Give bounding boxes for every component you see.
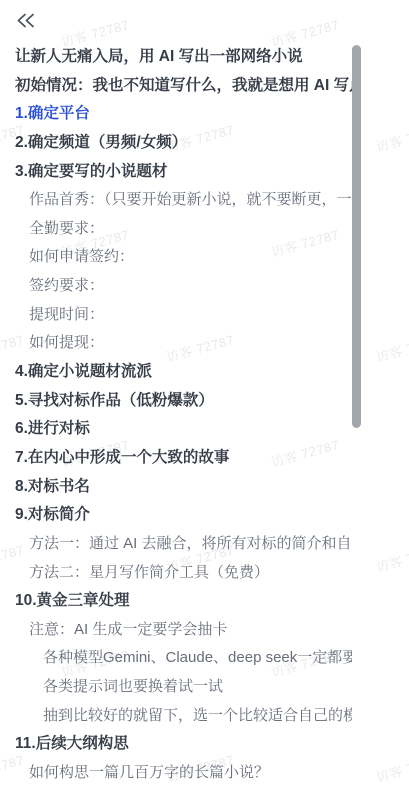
outline-item[interactable]: 8.对标书名	[0, 473, 352, 502]
outline-item[interactable]: 初始情况：我也不知道写什么，我就是想用 AI 写点小...	[0, 72, 352, 101]
outline-item-label: 作品首秀：（只要开始更新小说，就不要断更，一旦...	[29, 191, 352, 208]
outline-item[interactable]: 3.确定要写的小说题材	[0, 158, 352, 187]
outline-item[interactable]: 5.寻找对标作品（低粉爆款）	[0, 387, 352, 416]
outline-item[interactable]: 2.确定频道（男频/女频）	[0, 129, 352, 158]
outline-item[interactable]: 各类提示词也要换着试一试	[0, 673, 352, 702]
outline-item-label: 2.确定频道（男频/女频）	[15, 134, 187, 151]
outline-item[interactable]: 1.确定平台	[0, 100, 352, 129]
scrollbar-thumb[interactable]	[352, 45, 361, 428]
outline-item[interactable]: 10.黄金三章处理	[0, 587, 352, 616]
watermark-text: 访客 72787	[374, 749, 409, 785]
watermark-text: 访客 72787	[374, 539, 409, 575]
outline-item-label: 6.进行对标	[15, 420, 90, 437]
outline-item-label: 3.确定要写的小说题材	[15, 163, 167, 180]
watermark-text: 访客 72787	[374, 119, 409, 155]
outline-item-label: 5.寻找对标作品（低粉爆款）	[15, 392, 214, 409]
outline-item-label: 方法一：通过 AI 去融合，将所有对标的简介和自己...	[29, 535, 352, 552]
outline-item-label: 签约要求：	[29, 277, 104, 294]
collapse-panel-button[interactable]	[14, 8, 40, 32]
outline-item-label: 11.后续大纲构思	[15, 735, 129, 752]
outline-item-label: 9.对标简介	[15, 506, 90, 523]
outline-item-label: 方法二：星月写作简介工具（免费）	[29, 564, 269, 581]
outline-item-label: 4.确定小说题材流派	[15, 363, 152, 380]
outline-item-label: 全勤要求：	[29, 220, 104, 237]
double-chevron-left-icon	[16, 13, 36, 28]
outline-item[interactable]: 9.对标简介	[0, 501, 352, 530]
outline-item[interactable]: 方法一：通过 AI 去融合，将所有对标的简介和自己...	[0, 530, 352, 559]
outline-item[interactable]: 如何构思一篇几百万字的长篇小说？	[0, 759, 352, 788]
outline-item-label: 各种模型Gemini、Claude、deep seek一定都要换...	[43, 649, 352, 666]
outline-item[interactable]: 方法二：星月写作简介工具（免费）	[0, 559, 352, 588]
outline-item[interactable]: 如何申请签约：	[0, 243, 352, 272]
outline-item-label: 1.确定平台	[15, 105, 90, 122]
outline-item[interactable]: 注意：AI 生成一定要学会抽卡	[0, 616, 352, 645]
outline-item[interactable]: 让新人无痛入局，用 AI 写出一部网络小说	[0, 43, 352, 72]
outline-item-label: 各类提示词也要换着试一试	[43, 678, 223, 695]
outline-item[interactable]: 作品首秀：（只要开始更新小说，就不要断更，一旦...	[0, 186, 352, 215]
outline-item[interactable]: 各种模型Gemini、Claude、deep seek一定都要换...	[0, 644, 352, 673]
outline-list: 让新人无痛入局，用 AI 写出一部网络小说初始情况：我也不知道写什么，我就是想用…	[0, 43, 352, 788]
outline-item-label: 如何申请签约：	[29, 248, 134, 265]
outline-item-label: 初始情况：我也不知道写什么，我就是想用 AI 写点小...	[15, 77, 352, 94]
outline-item[interactable]: 签约要求：	[0, 272, 352, 301]
outline-item[interactable]: 抽到比较好的就留下，选一个比较适合自己的模型...	[0, 702, 352, 731]
outline-item[interactable]: 11.后续大纲构思	[0, 730, 352, 759]
outline-item[interactable]: 6.进行对标	[0, 415, 352, 444]
outline-item[interactable]: 如何提现：	[0, 329, 352, 358]
outline-item-label: 注意：AI 生成一定要学会抽卡	[29, 621, 227, 638]
outline-item-label: 8.对标书名	[15, 478, 90, 495]
watermark-text: 访客 72787	[374, 329, 409, 365]
outline-item[interactable]: 全勤要求：	[0, 215, 352, 244]
outline-panel: 访客 72787访客 72787访客 72787访客 72787访客 72787…	[0, 0, 409, 794]
outline-item-label: 如何构思一篇几百万字的长篇小说？	[29, 764, 269, 781]
outline-item-label: 提现时间：	[29, 306, 104, 323]
outline-item[interactable]: 提现时间：	[0, 301, 352, 330]
outline-item-label: 抽到比较好的就留下，选一个比较适合自己的模型...	[43, 707, 352, 724]
outline-item-label: 7.在内心中形成一个大致的故事	[15, 449, 229, 466]
outline-item-label: 如何提现：	[29, 334, 104, 351]
outline-item[interactable]: 4.确定小说题材流派	[0, 358, 352, 387]
outline-item[interactable]: 7.在内心中形成一个大致的故事	[0, 444, 352, 473]
outline-item-label: 10.黄金三章处理	[15, 592, 130, 609]
outline-item-label: 让新人无痛入局，用 AI 写出一部网络小说	[15, 48, 303, 65]
